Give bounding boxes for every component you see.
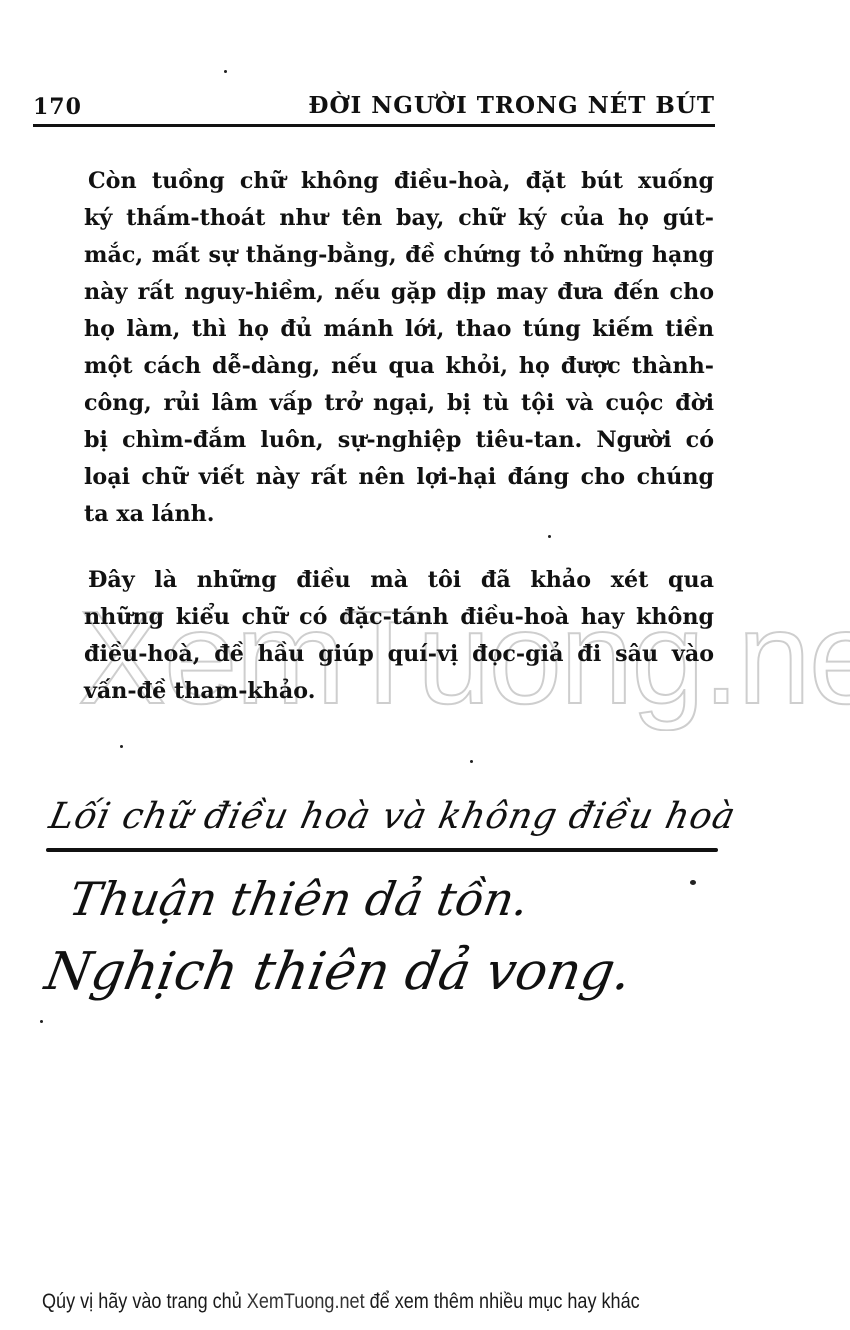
scan-speck	[470, 760, 473, 763]
text-line: họ làm, thì họ đủ mánh lới, thao túng ki…	[84, 311, 714, 348]
scan-speck	[120, 745, 123, 748]
text-line: loại chữ viết này rất nên lợi-hại đáng c…	[84, 459, 714, 496]
text-line: ta xa lánh.	[84, 496, 714, 533]
scan-speck	[548, 535, 551, 538]
page-header: 170 ĐỜI NGƯỜI TRONG NÉT BÚT	[33, 88, 715, 128]
footer-text: để xem thêm nhiều mục hay khác	[365, 1290, 640, 1313]
text-line: những kiểu chữ có đặc-tánh điều-hoà hay …	[84, 599, 714, 636]
handwritten-underline	[46, 848, 718, 852]
scan-speck	[224, 70, 227, 73]
header-rule	[33, 124, 715, 127]
running-title: ĐỜI NGƯỜI TRONG NÉT BÚT	[308, 92, 715, 119]
paragraph-2: Đây là những điều mà tôi đã khảo xét qua…	[84, 562, 714, 710]
handwritten-note: Lối chữ điều hoà và không điều hoà Thuận…	[40, 790, 740, 1050]
text-line: công, rủi lâm vấp trở ngại, bị tù tội và…	[84, 385, 714, 422]
text-line: bị chìm-đắm luôn, sự-nghiệp tiêu-tan. Ng…	[84, 422, 714, 459]
scan-speck	[40, 1020, 43, 1023]
page-number: 170	[33, 94, 82, 120]
handwritten-line: Thuận thiên dả tồn.	[65, 872, 533, 926]
text-line: một cách dễ-dàng, nếu qua khỏi, họ được …	[84, 348, 714, 385]
text-line: ký thấm-thoát như tên bay, chữ ký của họ…	[84, 200, 714, 237]
handwritten-title: Lối chữ điều hoà và không điều hoà	[46, 796, 740, 837]
paragraph-1: Còn tuồng chữ không điều-hoà, đặt bút xu…	[84, 163, 714, 533]
site-link[interactable]: XemTuong.net	[247, 1290, 365, 1313]
text-line: mắc, mất sự thăng-bằng, đề chứng tỏ nhữn…	[84, 237, 714, 274]
text-line: này rất nguy-hiềm, nếu gặp dịp may đưa đ…	[84, 274, 714, 311]
handwritten-line: Nghịch thiên dả vong.	[41, 942, 636, 1002]
text-line: Còn tuồng chữ không điều-hoà, đặt bút xu…	[84, 163, 714, 200]
text-line: điều-hoà, đề hầu giúp quí-vị đọc-giả đi …	[84, 636, 714, 673]
scan-speck	[690, 880, 696, 885]
text-line: vấn-đề tham-khảo.	[84, 673, 714, 710]
footer-note: Qúy vị hãy vào trang chủ XemTuong.net để…	[42, 1290, 640, 1314]
text-line: Đây là những điều mà tôi đã khảo xét qua	[84, 562, 714, 599]
footer-text: Qúy vị hãy vào trang chủ	[42, 1290, 247, 1313]
